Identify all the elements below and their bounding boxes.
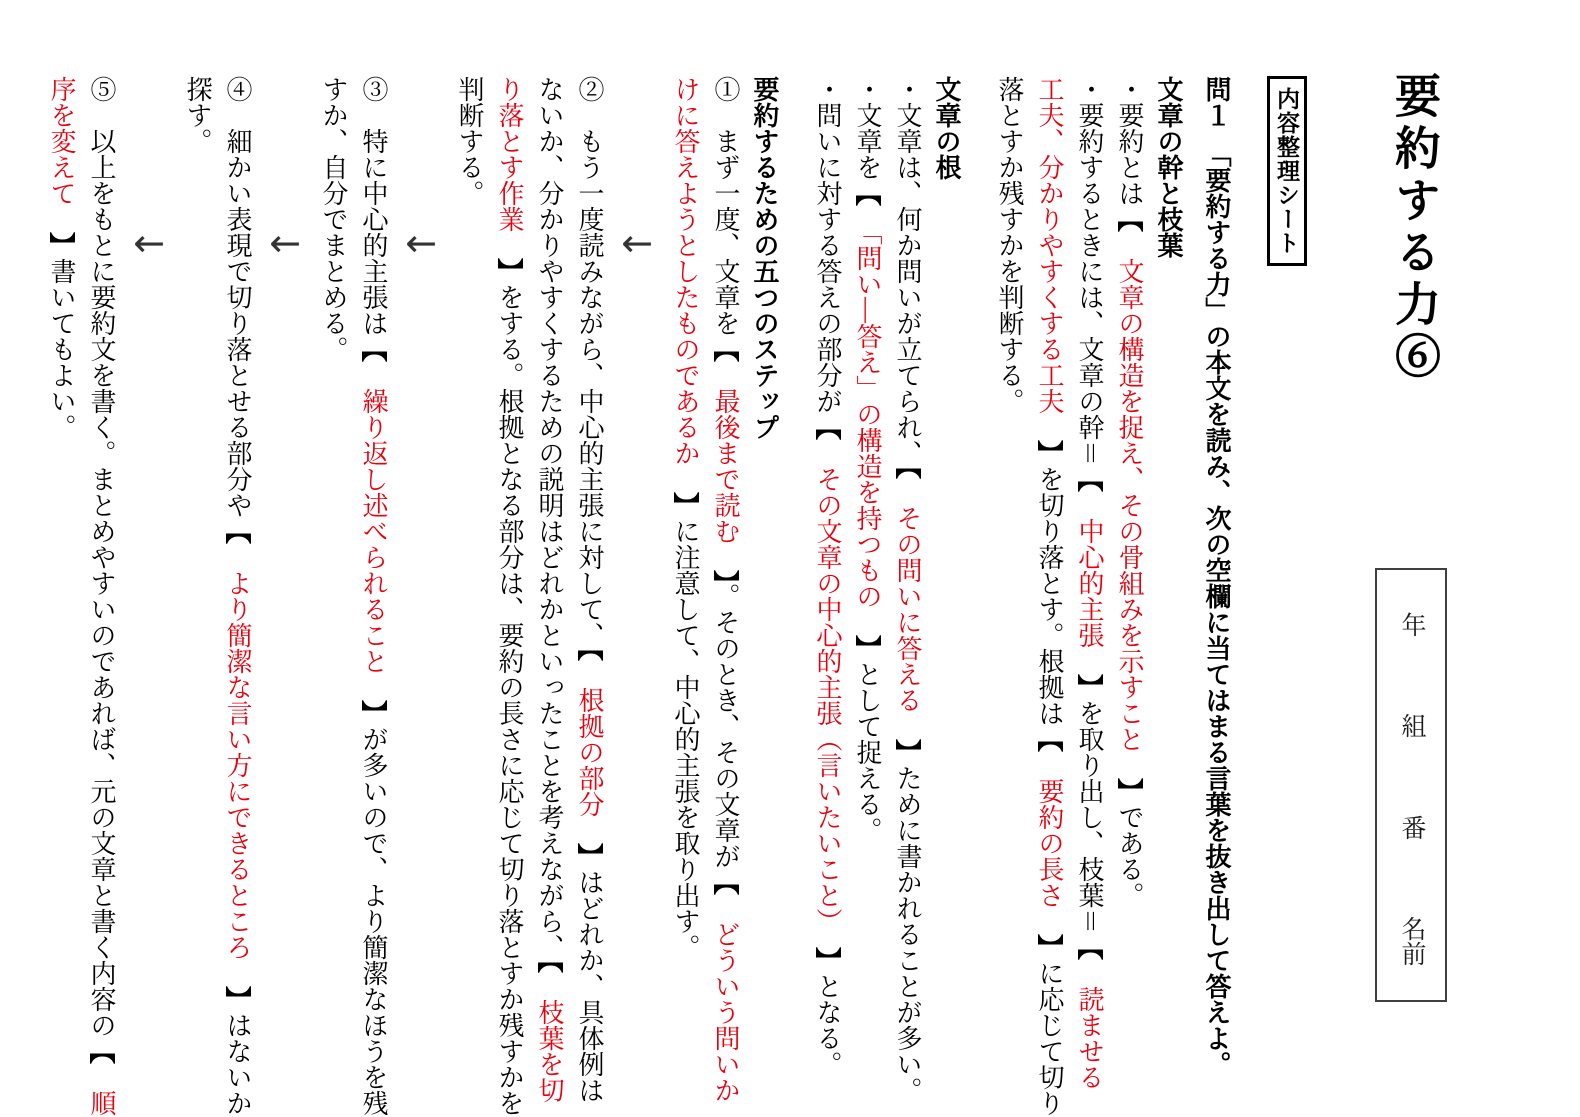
bracket-glyph: 【 bbox=[358, 336, 388, 362]
body-text bbox=[711, 362, 740, 388]
bracket-glyph: 】 bbox=[710, 570, 740, 583]
section-heading: 要約するための五つのステップ bbox=[745, 76, 785, 1116]
bracket-glyph: 【 bbox=[710, 336, 740, 362]
body-text bbox=[813, 921, 842, 947]
bullet-paragraph: ・文章は、何か問いが立てられ、【 その問いに答える 】ために書かれることが多い。 bbox=[887, 76, 927, 1116]
body-text: ④ 細かい表現で切り落とせる部分や bbox=[223, 76, 252, 518]
answer-text-red: 最後まで読む bbox=[711, 388, 740, 544]
body-text bbox=[711, 544, 740, 570]
body-text bbox=[359, 674, 388, 700]
bullet-paragraph: ・要約とは【 文章の構造を捉え、その骨組みを示すこと 】である。 bbox=[1109, 76, 1149, 1116]
bracket-glyph: 【 bbox=[1114, 206, 1144, 232]
bracket-glyph: 】 bbox=[222, 986, 252, 1012]
body-text bbox=[1115, 232, 1144, 258]
body-text bbox=[1035, 414, 1064, 440]
body-text bbox=[1035, 752, 1064, 778]
body-text bbox=[853, 206, 882, 232]
bracket-glyph: 】 bbox=[46, 232, 76, 258]
student-info-fields: 年 組 番 名前 bbox=[1391, 570, 1431, 1000]
body-text: である。 bbox=[1115, 804, 1144, 908]
body-text bbox=[575, 661, 604, 687]
page-title: 要約する力⑥ bbox=[1382, 72, 1448, 384]
answer-text-red: その文章の中心的主張（言いたいこと） bbox=[813, 466, 842, 921]
body-text bbox=[893, 479, 922, 505]
body-text: を切り落とす。根拠は bbox=[1035, 466, 1064, 726]
body-text: ① まず一度、文章を bbox=[711, 76, 740, 336]
student-info-box: 年 組 番 名前 bbox=[1375, 568, 1447, 1002]
body-text: ② もう一度読みながら、中心的主張に対して、 bbox=[575, 76, 604, 648]
body-text bbox=[575, 817, 604, 843]
body-text: に注意して、中心的主張を取り出す。 bbox=[671, 518, 700, 960]
body-text: ・要約とは bbox=[1115, 76, 1144, 206]
body-text bbox=[813, 440, 842, 466]
question-text: 問１ 「要約する力」の本文を読み、次の空欄に当てはまる言葉を抜き出して答えよ。 bbox=[1197, 76, 1237, 1116]
body-text bbox=[1115, 752, 1144, 778]
sheet-label-text: 内容整理シート bbox=[1274, 87, 1300, 255]
bracket-glyph: 】 bbox=[358, 700, 388, 726]
bracket-glyph: 【 bbox=[1074, 934, 1104, 960]
flow-arrow-icon: ← bbox=[401, 76, 441, 1116]
body-text: 。そのとき、その文章が bbox=[711, 583, 740, 869]
sheet-label-box: 内容整理シート bbox=[1267, 76, 1307, 266]
body-text: ・要約するときには、文章の幹＝ bbox=[1075, 76, 1104, 466]
bracket-glyph: 【 bbox=[574, 648, 604, 661]
bracket-glyph: 【 bbox=[1074, 466, 1104, 492]
flow-arrow-icon: ← bbox=[265, 76, 305, 1116]
body-text: ・文章は、何か問いが立てられ、 bbox=[893, 76, 922, 466]
body-text bbox=[47, 206, 76, 232]
bracket-glyph: 【 bbox=[710, 869, 740, 895]
flow-arrow-icon: ← bbox=[129, 76, 169, 1116]
body-text: ⑤ 以上をもとに要約文を書く。まとめやすいのであれば、元の文章と書く内容の bbox=[87, 76, 116, 1038]
bracket-glyph: 】 bbox=[1034, 934, 1064, 960]
body-text bbox=[1035, 908, 1064, 934]
bracket-glyph: 】 bbox=[892, 739, 922, 765]
bracket-glyph: 】 bbox=[574, 843, 604, 869]
body-text bbox=[893, 713, 922, 739]
answer-text-red: より簡潔な言い方にできるところ bbox=[223, 570, 252, 960]
section-trunk-and-branches: 文章の幹と枝葉 ・要約とは【 文章の構造を捉え、その骨組みを示すこと 】である。… bbox=[989, 76, 1189, 1116]
bracket-glyph: 【 bbox=[1034, 726, 1064, 752]
bracket-glyph: 】 bbox=[670, 492, 700, 518]
answer-text-red: 要約の長さ bbox=[1035, 778, 1064, 908]
body-text: ・問いに対する答えの部分が bbox=[813, 76, 842, 414]
bracket-glyph: 】 bbox=[1114, 778, 1144, 804]
flow-arrow-icon: ← bbox=[617, 76, 657, 1116]
section-heading: 文章の幹と枝葉 bbox=[1149, 76, 1189, 1116]
section-heading: 文章の根 bbox=[927, 76, 967, 1116]
body-text: ・文章を bbox=[853, 76, 882, 180]
body-text: を取り出し、枝葉＝ bbox=[1075, 700, 1104, 934]
sheet-content: 内容整理シート 問１ 「要約する力」の本文を読み、次の空欄に当てはまる言葉を抜き… bbox=[41, 76, 1307, 1116]
body-text bbox=[711, 895, 740, 921]
body-text bbox=[223, 544, 252, 570]
left-arrow-glyph: ← bbox=[269, 224, 301, 262]
body-text bbox=[535, 973, 564, 999]
body-text: となる。 bbox=[813, 973, 842, 1077]
body-text bbox=[671, 466, 700, 492]
bracket-glyph: 】 bbox=[852, 635, 882, 661]
answer-text-red: 中心的主張 bbox=[1075, 518, 1104, 648]
bullet-paragraph: ・文章を【 「問い―答え」の構造を持つもの 】として捉える。 bbox=[847, 76, 887, 1116]
body-text bbox=[495, 232, 524, 258]
worksheet-page: 要約する力⑥ 年 組 番 名前 内容整理シート 問１ 「要約する力」の本文を読み… bbox=[0, 0, 1580, 1117]
section-five-steps: 要約するための五つのステップ ① まず一度、文章を【 最後まで読む 】。そのとき… bbox=[41, 76, 785, 1116]
left-arrow-glyph: ← bbox=[621, 224, 653, 262]
body-text bbox=[1075, 492, 1104, 518]
bullet-paragraph: ・問いに対する答えの部分が【 その文章の中心的主張（言いたいこと） 】となる。 bbox=[807, 76, 847, 1116]
step-1-paragraph: ① まず一度、文章を【 最後まで読む 】。そのとき、その文章が【 どういう問いか… bbox=[665, 76, 745, 1116]
body-text bbox=[87, 1064, 116, 1090]
bullet-paragraph: ・要約するときには、文章の幹＝【 中心的主張 】を取り出し、枝葉＝【 読ませる工… bbox=[989, 76, 1109, 1116]
left-arrow-glyph: ← bbox=[405, 224, 437, 262]
body-text: として捉える。 bbox=[853, 661, 882, 843]
bracket-glyph: 】 bbox=[1074, 674, 1104, 700]
body-text: ③ 特に中心的主張は bbox=[359, 76, 388, 336]
answer-text-red: 「問い―答え」の構造を持つもの bbox=[853, 232, 882, 609]
field-year: 年 bbox=[1398, 612, 1425, 637]
field-name: 名前 bbox=[1398, 916, 1425, 966]
body-text bbox=[359, 362, 388, 388]
body-text bbox=[1075, 960, 1104, 986]
field-number: 番 bbox=[1398, 815, 1425, 840]
answer-text-red: 根拠の部分 bbox=[575, 687, 604, 817]
step-4-paragraph: ④ 細かい表現で切り落とせる部分や【 より簡潔な言い方にできるところ 】はないか… bbox=[177, 76, 257, 1116]
answer-text-red: 文章の構造を捉え、その骨組みを示すこと bbox=[1115, 258, 1144, 752]
body-text bbox=[1075, 648, 1104, 674]
left-arrow-glyph: ← bbox=[133, 224, 165, 262]
bracket-glyph: 【 bbox=[892, 466, 922, 479]
body-text bbox=[223, 960, 252, 986]
answer-text-red: その問いに答える bbox=[893, 505, 922, 713]
step-2-paragraph: ② もう一度読みながら、中心的主張に対して、【 根拠の部分 】はどれか、具体例は… bbox=[449, 76, 609, 1116]
bracket-glyph: 【 bbox=[222, 518, 252, 544]
body-text bbox=[853, 609, 882, 635]
bracket-glyph: 】 bbox=[812, 947, 842, 973]
body-text: 書いてもよい。 bbox=[47, 258, 76, 440]
body-text: ために書かれることが多い。 bbox=[893, 765, 922, 1103]
bracket-glyph: 】 bbox=[494, 258, 524, 284]
section-roots: 文章の根 ・文章は、何か問いが立てられ、【 その問いに答える 】ために書かれるこ… bbox=[807, 76, 967, 1116]
bracket-glyph: 【 bbox=[534, 960, 564, 973]
answer-text-red: 繰り返し述べられること bbox=[359, 388, 388, 674]
field-class: 組 bbox=[1398, 713, 1425, 738]
step-5-paragraph: ⑤ 以上をもとに要約文を書く。まとめやすいのであれば、元の文章と書く内容の【 順… bbox=[41, 76, 121, 1116]
bracket-glyph: 【 bbox=[852, 180, 882, 206]
bracket-glyph: 【 bbox=[86, 1038, 116, 1064]
bracket-glyph: 】 bbox=[1034, 440, 1064, 466]
bracket-glyph: 【 bbox=[812, 414, 842, 440]
step-3-paragraph: ③ 特に中心的主張は【 繰り返し述べられること 】が多いので、より簡潔なほうを残… bbox=[313, 76, 393, 1116]
